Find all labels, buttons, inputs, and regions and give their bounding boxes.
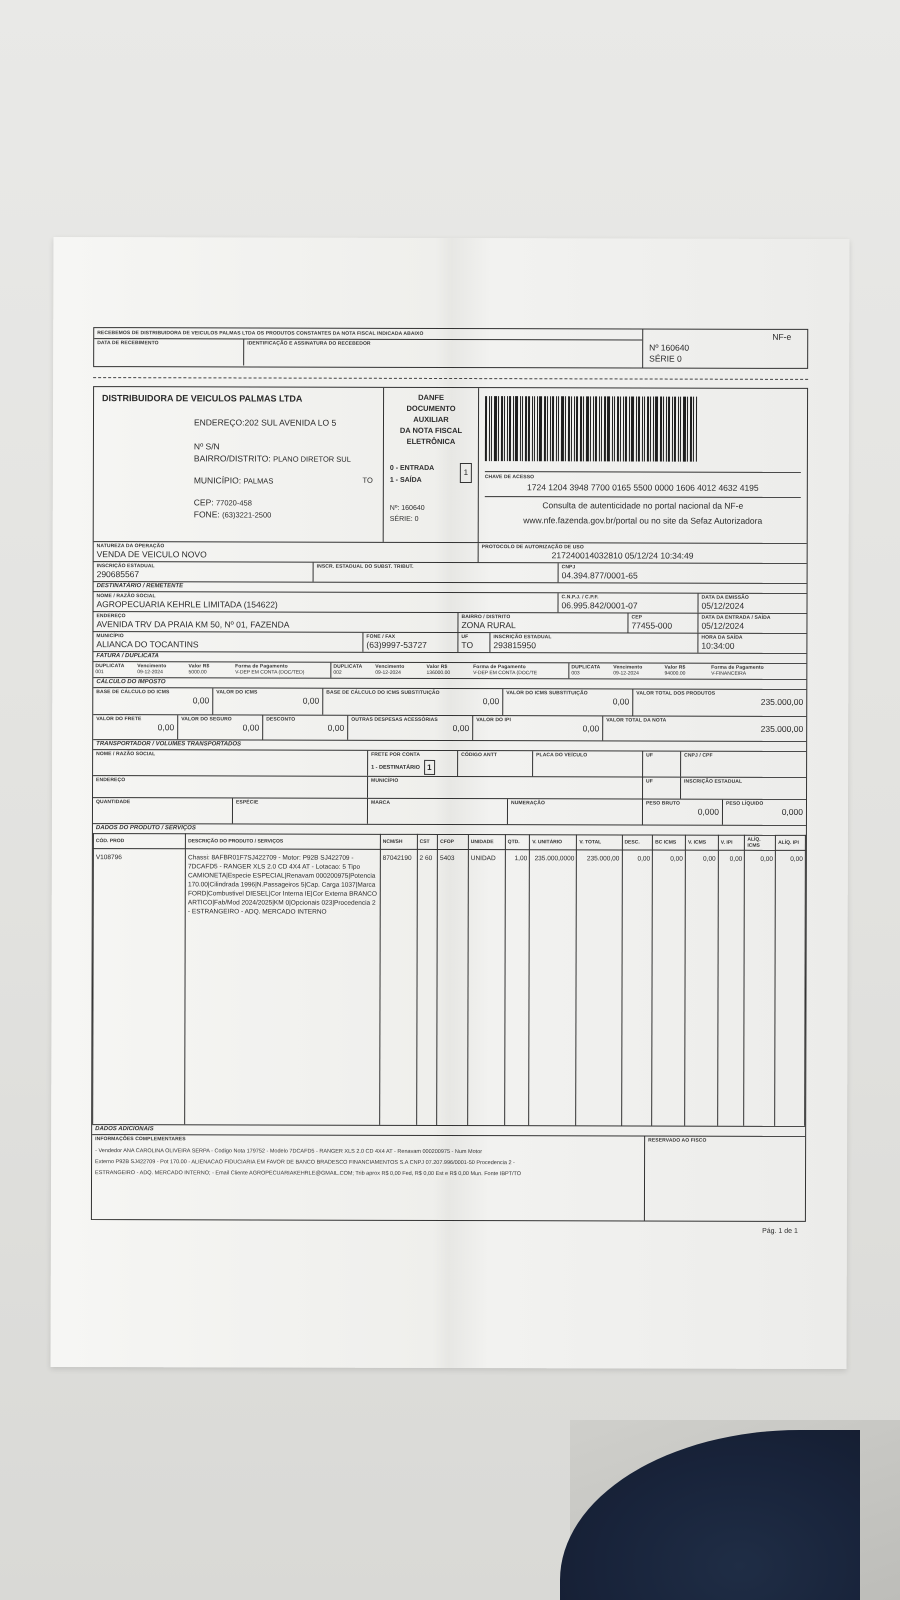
carrier-uf-label: UF	[646, 753, 677, 759]
plate-label: PLACA DO VEÍCULO	[536, 752, 639, 758]
operation-nature: VENDA DE VEICULO NOVO	[97, 549, 475, 561]
recipient-cep: 77455-000	[631, 620, 694, 631]
installment-numero: 001	[95, 669, 137, 676]
issuer-name: DISTRIBUIDORA DE VEICULOS PALMAS LTDA	[102, 393, 375, 404]
access-key-value: 1724 1204 3948 7700 0165 5500 0000 1606 …	[485, 482, 801, 498]
invoice-installments: DUPLICATAVencimentoValor R$Forma de Paga…	[93, 662, 806, 680]
products-table: CÓD. PRODDESCRIÇÃO DO PRODUTO / SERVIÇOS…	[92, 833, 806, 1125]
installment-vencimento: 09-12-2024	[375, 670, 426, 677]
nfe-label: NF-e	[649, 332, 801, 343]
complementary-info-line-1: - Vendedor ANA CAROLINA OLIVEIRA SERPA -…	[95, 1146, 641, 1158]
recipient-ie: 293815950	[493, 640, 694, 652]
tax-field-value: 0,00	[96, 722, 174, 733]
tax-field-value: 0,00	[506, 696, 629, 707]
installment-numero: 002	[333, 670, 375, 677]
carrier-row-3: QUANTIDADE ESPÉCIE MARCA NUMERAÇÃO PESO …	[93, 798, 806, 826]
entry-exit-date-field: DATA DA ENTRADA / SAÍDA 05/12/2024	[698, 614, 806, 633]
carrier-uf2-field: UF	[643, 778, 681, 799]
product-cst: 2 60	[416, 849, 437, 1124]
issuer-district-label: BAIRRO/DISTRITO:	[194, 453, 271, 463]
installment-forma: V-FINANCEIRA	[711, 671, 804, 678]
issuer-cnpj: 04.394.877/0001-65	[562, 570, 804, 582]
recipient-district-field: BAIRRO / DISTRITO ZONA RURAL	[458, 613, 628, 632]
recipient-phone-field: FONE / FAX (63)9997-53727	[363, 633, 458, 652]
products-column-header: UNIDADE	[468, 835, 505, 850]
receipt-signature-label: IDENTIFICAÇÃO E ASSINATURA DO RECEBEDOR	[247, 340, 639, 347]
tax-authority-reserved: RESERVADO AO FISCO	[645, 1136, 805, 1220]
products-column-header: ALÍQ. ICMS	[745, 835, 776, 850]
product-v-ipi: 0,00	[717, 850, 744, 1125]
tax-field: VALOR DO ICMS0,00	[213, 688, 323, 714]
installment-valor: 136000.00	[427, 670, 474, 677]
receipt-number: Nº 160640	[649, 343, 801, 354]
complementary-info-label: INFORMAÇÕES COMPLEMENTARES	[95, 1136, 641, 1143]
products-column-header: CÓD. PROD	[93, 834, 185, 849]
product-descricao: Chassi: 8AFBR01F7SJ422709 - Motor: P92B …	[185, 849, 380, 1125]
brand-label: MARCA	[371, 800, 504, 806]
issuer-state: TO	[363, 476, 373, 485]
recipient-city-field: MUNICÍPIO ALIANCA DO TOCANTINS	[93, 632, 363, 652]
danfe-number: Nº: 160640	[390, 503, 472, 514]
operation-type-box: 1	[460, 463, 472, 483]
tax-field: VALOR DO FRETE0,00	[93, 715, 178, 739]
tax-field-value: 0,00	[351, 723, 469, 734]
tax-field-value: 0,00	[216, 695, 319, 706]
installment-forma: V-DEP EM CONTA (DOC/TED)	[235, 669, 328, 676]
danfe-subtitle-3: ELETRÔNICA	[390, 436, 472, 447]
recipient-address: AVENIDA TRV DA PRAIA KM 50, Nº 01, FAZEN…	[96, 619, 454, 631]
products-column-header: V. TOTAL	[577, 835, 622, 850]
carrier-cnpj-field: CNPJ / CPF	[681, 752, 806, 777]
carrier-row-2: ENDEREÇO MUNICÍPIO UF INSCRIÇÃO ESTADUAL	[93, 776, 806, 800]
installment-vencimento: 09-12-2024	[613, 670, 664, 677]
products-column-header: QTD.	[505, 835, 530, 850]
products-column-header: CFOP	[438, 834, 469, 849]
issuer-cep-label: CEP:	[194, 497, 214, 507]
st-registration-label: INSCR. ESTADUAL DO SUBST. TRIBUT.	[317, 564, 555, 571]
installment: DUPLICATAVencimentoValor R$Forma de Paga…	[569, 663, 806, 679]
numbering-field: NUMERAÇÃO	[508, 799, 643, 824]
installment-forma: V-DEP EM CONTA (DOC/TE	[473, 670, 566, 677]
tax-field: DESCONTO0,00	[263, 716, 348, 740]
products-column-header: NCM/SH	[380, 834, 417, 849]
carrier-address-label: ENDEREÇO	[96, 777, 364, 784]
receipt-stub: RECEBEMOS DE DISTRIBUIDORA DE VEICULOS P…	[93, 327, 808, 369]
products-column-header: V. ICMS	[685, 835, 718, 850]
danfe-header: DISTRIBUIDORA DE VEICULOS PALMAS LTDA EN…	[94, 387, 807, 544]
tax-field-value: 0,00	[326, 696, 499, 707]
tax-field-value: 0,00	[96, 695, 209, 706]
products-column-header: BC ICMS	[653, 835, 686, 850]
tax-field: VALOR TOTAL DA NOTA235.000,00	[603, 716, 806, 741]
products-column-header: V. UNITÁRIO	[530, 835, 577, 850]
tax-authority-reserved-label: RESERVADO AO FISCO	[648, 1137, 802, 1143]
carrier-address-field: ENDEREÇO	[93, 776, 368, 798]
danfe-title-block: DANFE DOCUMENTO AUXILIAR DA NOTA FISCAL …	[384, 388, 479, 542]
species-label: ESPÉCIE	[236, 799, 364, 805]
product-desc: 0,00	[621, 850, 652, 1125]
issue-date: 05/12/2024	[702, 601, 804, 612]
products-column-header: ALÍQ. IPI	[776, 835, 806, 850]
recipient-cep-field: CEP 77455-000	[628, 613, 698, 632]
tax-row-1: BASE DE CÁLCULO DO ICMS0,00VALOR DO ICMS…	[93, 688, 806, 717]
carrier-uf2-label: UF	[646, 779, 677, 785]
product-v-unitario: 235.000,0000	[529, 850, 577, 1125]
tax-field-value: 0,00	[266, 723, 344, 734]
product-cfop: 5403	[437, 849, 468, 1124]
installment-vencimento: 09-12-2024	[137, 669, 188, 676]
tax-field: OUTRAS DESPESAS ACESSÓRIAS0,00	[348, 716, 473, 740]
tax-field: BASE DE CÁLCULO DO ICMS SUBSTITUIÇÃO0,00	[323, 689, 503, 715]
freight-value: 1 - DESTINATÁRIO	[371, 765, 420, 771]
exit-time-field: HORA DA SAÍDA 10:34:00	[698, 634, 806, 653]
products-column-header: DESCRIÇÃO DO PRODUTO / SERVIÇOS	[186, 834, 381, 850]
danfe-document: RECEBEMOS DE DISTRIBUIDORA DE VEICULOS P…	[91, 327, 808, 1234]
issuer-phone-label: FONE:	[194, 509, 220, 519]
recipient-ie-field: INSCRIÇÃO ESTADUAL 293815950	[490, 633, 698, 653]
access-key-block: CHAVE DE ACESSO 1724 1204 3948 7700 0165…	[479, 388, 807, 543]
installment: DUPLICATAVencimentoValor R$Forma de Paga…	[331, 663, 569, 679]
carrier-city-label: MUNICÍPIO	[371, 778, 639, 785]
recipient-name: AGROPECUARIA KEHRLE LIMITADA (154622)	[97, 599, 555, 611]
product-aliq-ipi: 0,00	[775, 850, 806, 1125]
product-aliq-icms: 0,00	[744, 850, 775, 1125]
barcode	[485, 396, 801, 462]
recipient-row-1: NOME / RAZÃO SOCIAL AGROPECUARIA KEHRLE …	[93, 592, 806, 614]
carrier-row-1: NOME / RAZÃO SOCIAL FRETE POR CONTA 1 - …	[93, 750, 806, 778]
issuer-cnpj-field: CNPJ 04.394.877/0001-65	[559, 563, 807, 583]
recipient-uf: TO	[461, 640, 486, 651]
protocol-value: 217240014032810 05/12/24 10:34:49	[482, 550, 804, 562]
issuer-block: DISTRIBUIDORA DE VEICULOS PALMAS LTDA EN…	[94, 387, 384, 542]
receipt-date-field: DATA DE RECEBIMENTO	[94, 339, 244, 365]
entry-exit-date: 05/12/2024	[701, 621, 803, 632]
product-unidade: UNIDAD	[468, 850, 506, 1125]
recipient-district: ZONA RURAL	[461, 620, 624, 631]
recipient-cnpj-field: C.N.P.J. / C.P.F. 06.995.842/0001-07	[558, 593, 698, 612]
tax-field: VALOR DO ICMS SUBSTITUIÇÃO0,00	[503, 689, 633, 715]
brand-field: MARCA	[368, 799, 508, 824]
numbering-label: NUMERAÇÃO	[511, 800, 639, 806]
carrier-name-label: NOME / RAZÃO SOCIAL	[96, 751, 364, 758]
recipient-phone: (63)9997-53727	[366, 640, 454, 651]
operation-row: NATUREZA DA OPERAÇÃO VENDA DE VEICULO NO…	[94, 542, 807, 564]
complementary-info: INFORMAÇÕES COMPLEMENTARES - Vendedor AN…	[92, 1135, 645, 1220]
page-indicator: Pág. 1 de 1	[91, 1226, 806, 1235]
quantity-field: QUANTIDADE	[93, 798, 233, 823]
cut-line	[93, 377, 808, 380]
product-ncm: 87042190	[379, 849, 417, 1124]
table-row: V108796Chassi: 8AFBR01F7SJ422709 - Motor…	[93, 849, 806, 1126]
product-v-icms: 0,00	[685, 850, 719, 1125]
issuer-district: PLANO DIRETOR SUL	[273, 455, 351, 464]
state-registration: 290685567	[97, 569, 310, 581]
receipt-series: SÉRIE 0	[649, 354, 801, 365]
gross-weight-field: PESO BRUTO 0,000	[643, 800, 723, 825]
tax-field: VALOR TOTAL DOS PRODUTOS235.000,00	[633, 689, 806, 715]
plate-field: PLACA DO VEÍCULO	[533, 751, 643, 776]
issuer-phone: (63)3221-2500	[222, 510, 271, 519]
receipt-stub-left: RECEBEMOS DE DISTRIBUIDORA DE VEICULOS P…	[94, 328, 643, 367]
operation-nature-field: NATUREZA DA OPERAÇÃO VENDA DE VEICULO NO…	[94, 542, 479, 562]
complementary-info-line-2: Externo P92B SJ422709 - Pot 170.00 - ALI…	[95, 1157, 641, 1169]
complementary-info-line-3: ESTRANGEIRO - ADQ. MERCADO INTERNO; - Em…	[95, 1168, 641, 1180]
authenticity-note: Consulta de autenticidade no portal naci…	[485, 499, 801, 513]
receipt-nfe-box: NF-e Nº 160640 SÉRIE 0	[643, 330, 807, 368]
receipt-date-label: DATA DE RECEBIMENTO	[97, 340, 240, 346]
issue-date-field: DATA DA EMISSÃO 05/12/2024	[698, 594, 806, 613]
carrier-uf-field: UF	[643, 752, 681, 777]
installment-valor: 5000.00	[189, 669, 236, 676]
product-codigo: V108796	[93, 849, 186, 1124]
exit-time: 10:34:00	[701, 641, 803, 652]
installment-valor: 94000.00	[665, 671, 712, 678]
issuer-city-label: MUNICÍPIO:	[194, 475, 241, 485]
net-weight-field: PESO LÍQUIDO 0,000	[723, 800, 806, 825]
recipient-city: ALIANCA DO TOCANTINS	[96, 639, 359, 651]
carrier-city-field: MUNICÍPIO	[368, 777, 643, 799]
products-column-header: V. IPI	[718, 835, 745, 850]
antt-field: CÓDIGO ANTT	[458, 751, 533, 776]
danfe-frame: DISTRIBUIDORA DE VEICULOS PALMAS LTDA EN…	[91, 386, 808, 1221]
products-column-header: DESC.	[622, 835, 653, 850]
antt-label: CÓDIGO ANTT	[461, 752, 529, 758]
issuer-city: PALMAS	[243, 476, 273, 485]
additional-data: INFORMAÇÕES COMPLEMENTARES - Vendedor AN…	[92, 1134, 805, 1221]
danfe-series: SÉRIE: 0	[390, 514, 472, 525]
danfe-subtitle-2: DA NOTA FISCAL	[390, 425, 472, 436]
recipient-cnpj: 06.995.842/0001-07	[562, 600, 695, 611]
tax-field: BASE DE CÁLCULO DO ICMS0,00	[93, 688, 213, 714]
tax-field: VALOR DO SEGURO0,00	[178, 715, 263, 739]
tax-field: VALOR DO IPI0,00	[473, 716, 603, 740]
freight-code-box: 1	[424, 760, 435, 775]
st-registration-field: INSCR. ESTADUAL DO SUBST. TRIBUT.	[314, 563, 559, 583]
product-v-total: 235.000,00	[576, 850, 622, 1125]
recipient-row-3: MUNICÍPIO ALIANCA DO TOCANTINS FONE / FA…	[93, 632, 806, 654]
product-qtd: 1,00	[504, 850, 529, 1125]
carrier-ie-label: INSCRIÇÃO ESTADUAL	[684, 779, 803, 785]
carrier-cnpj-label: CNPJ / CPF	[684, 753, 803, 759]
danfe-paper: RECEBEMOS DE DISTRIBUIDORA DE VEICULOS P…	[51, 237, 850, 1369]
products-column-header: CST	[417, 834, 438, 849]
recipient-name-field: NOME / RAZÃO SOCIAL AGROPECUARIA KEHRLE …	[94, 592, 559, 612]
gross-weight: 0,000	[646, 807, 719, 818]
receipt-signature-field: IDENTIFICAÇÃO E ASSINATURA DO RECEBEDOR	[244, 339, 642, 366]
freight-label: FRETE POR CONTA	[371, 752, 454, 758]
tax-row-2: VALOR DO FRETE0,00VALOR DO SEGURO0,00DES…	[93, 715, 806, 742]
recipient-address-field: ENDEREÇO AVENIDA TRV DA PRAIA KM 50, Nº …	[93, 612, 458, 632]
carrier-name-field: NOME / RAZÃO SOCIAL	[93, 750, 368, 776]
installment: DUPLICATAVencimentoValor R$Forma de Paga…	[93, 662, 331, 678]
issuer-address: ENDEREÇO:202 SUL AVENIDA LO 5	[194, 417, 375, 427]
carrier-ie-field: INSCRIÇÃO ESTADUAL	[681, 778, 806, 799]
tax-field-value: 0,00	[181, 722, 259, 733]
danfe-title: DANFE	[390, 392, 472, 403]
authenticity-url[interactable]: www.nfe.fazenda.gov.br/portal ou no site…	[485, 514, 801, 528]
quantity-label: QUANTIDADE	[96, 799, 229, 805]
recipient-uf-field: UF TO	[458, 633, 490, 652]
product-bc-icms: 0,00	[652, 850, 686, 1125]
tax-field-value: 0,00	[476, 723, 599, 734]
protocol-field: PROTOCOLO DE AUTORIZAÇÃO DE USO 21724001…	[479, 543, 807, 563]
tax-field-value: 235.000,00	[636, 696, 803, 707]
access-key-label: CHAVE DE ACESSO	[485, 471, 801, 481]
registration-row: INSCRIÇÃO ESTADUAL 290685567 INSCR. ESTA…	[94, 562, 807, 584]
species-field: ESPÉCIE	[233, 798, 368, 823]
recipient-row-2: ENDEREÇO AVENIDA TRV DA PRAIA KM 50, Nº …	[93, 612, 806, 634]
state-registration-field: INSCRIÇÃO ESTADUAL 290685567	[94, 562, 314, 582]
installment-numero: 003	[571, 670, 613, 677]
danfe-subtitle-1: DOCUMENTO AUXILIAR	[390, 403, 472, 425]
net-weight: 0,000	[726, 807, 803, 818]
issuer-cep: 77020-458	[216, 498, 252, 507]
freight-field: FRETE POR CONTA 1 - DESTINATÁRIO1	[368, 751, 458, 776]
tax-field-value: 235.000,00	[606, 723, 803, 735]
issuer-number: Nº S/N	[194, 441, 375, 451]
